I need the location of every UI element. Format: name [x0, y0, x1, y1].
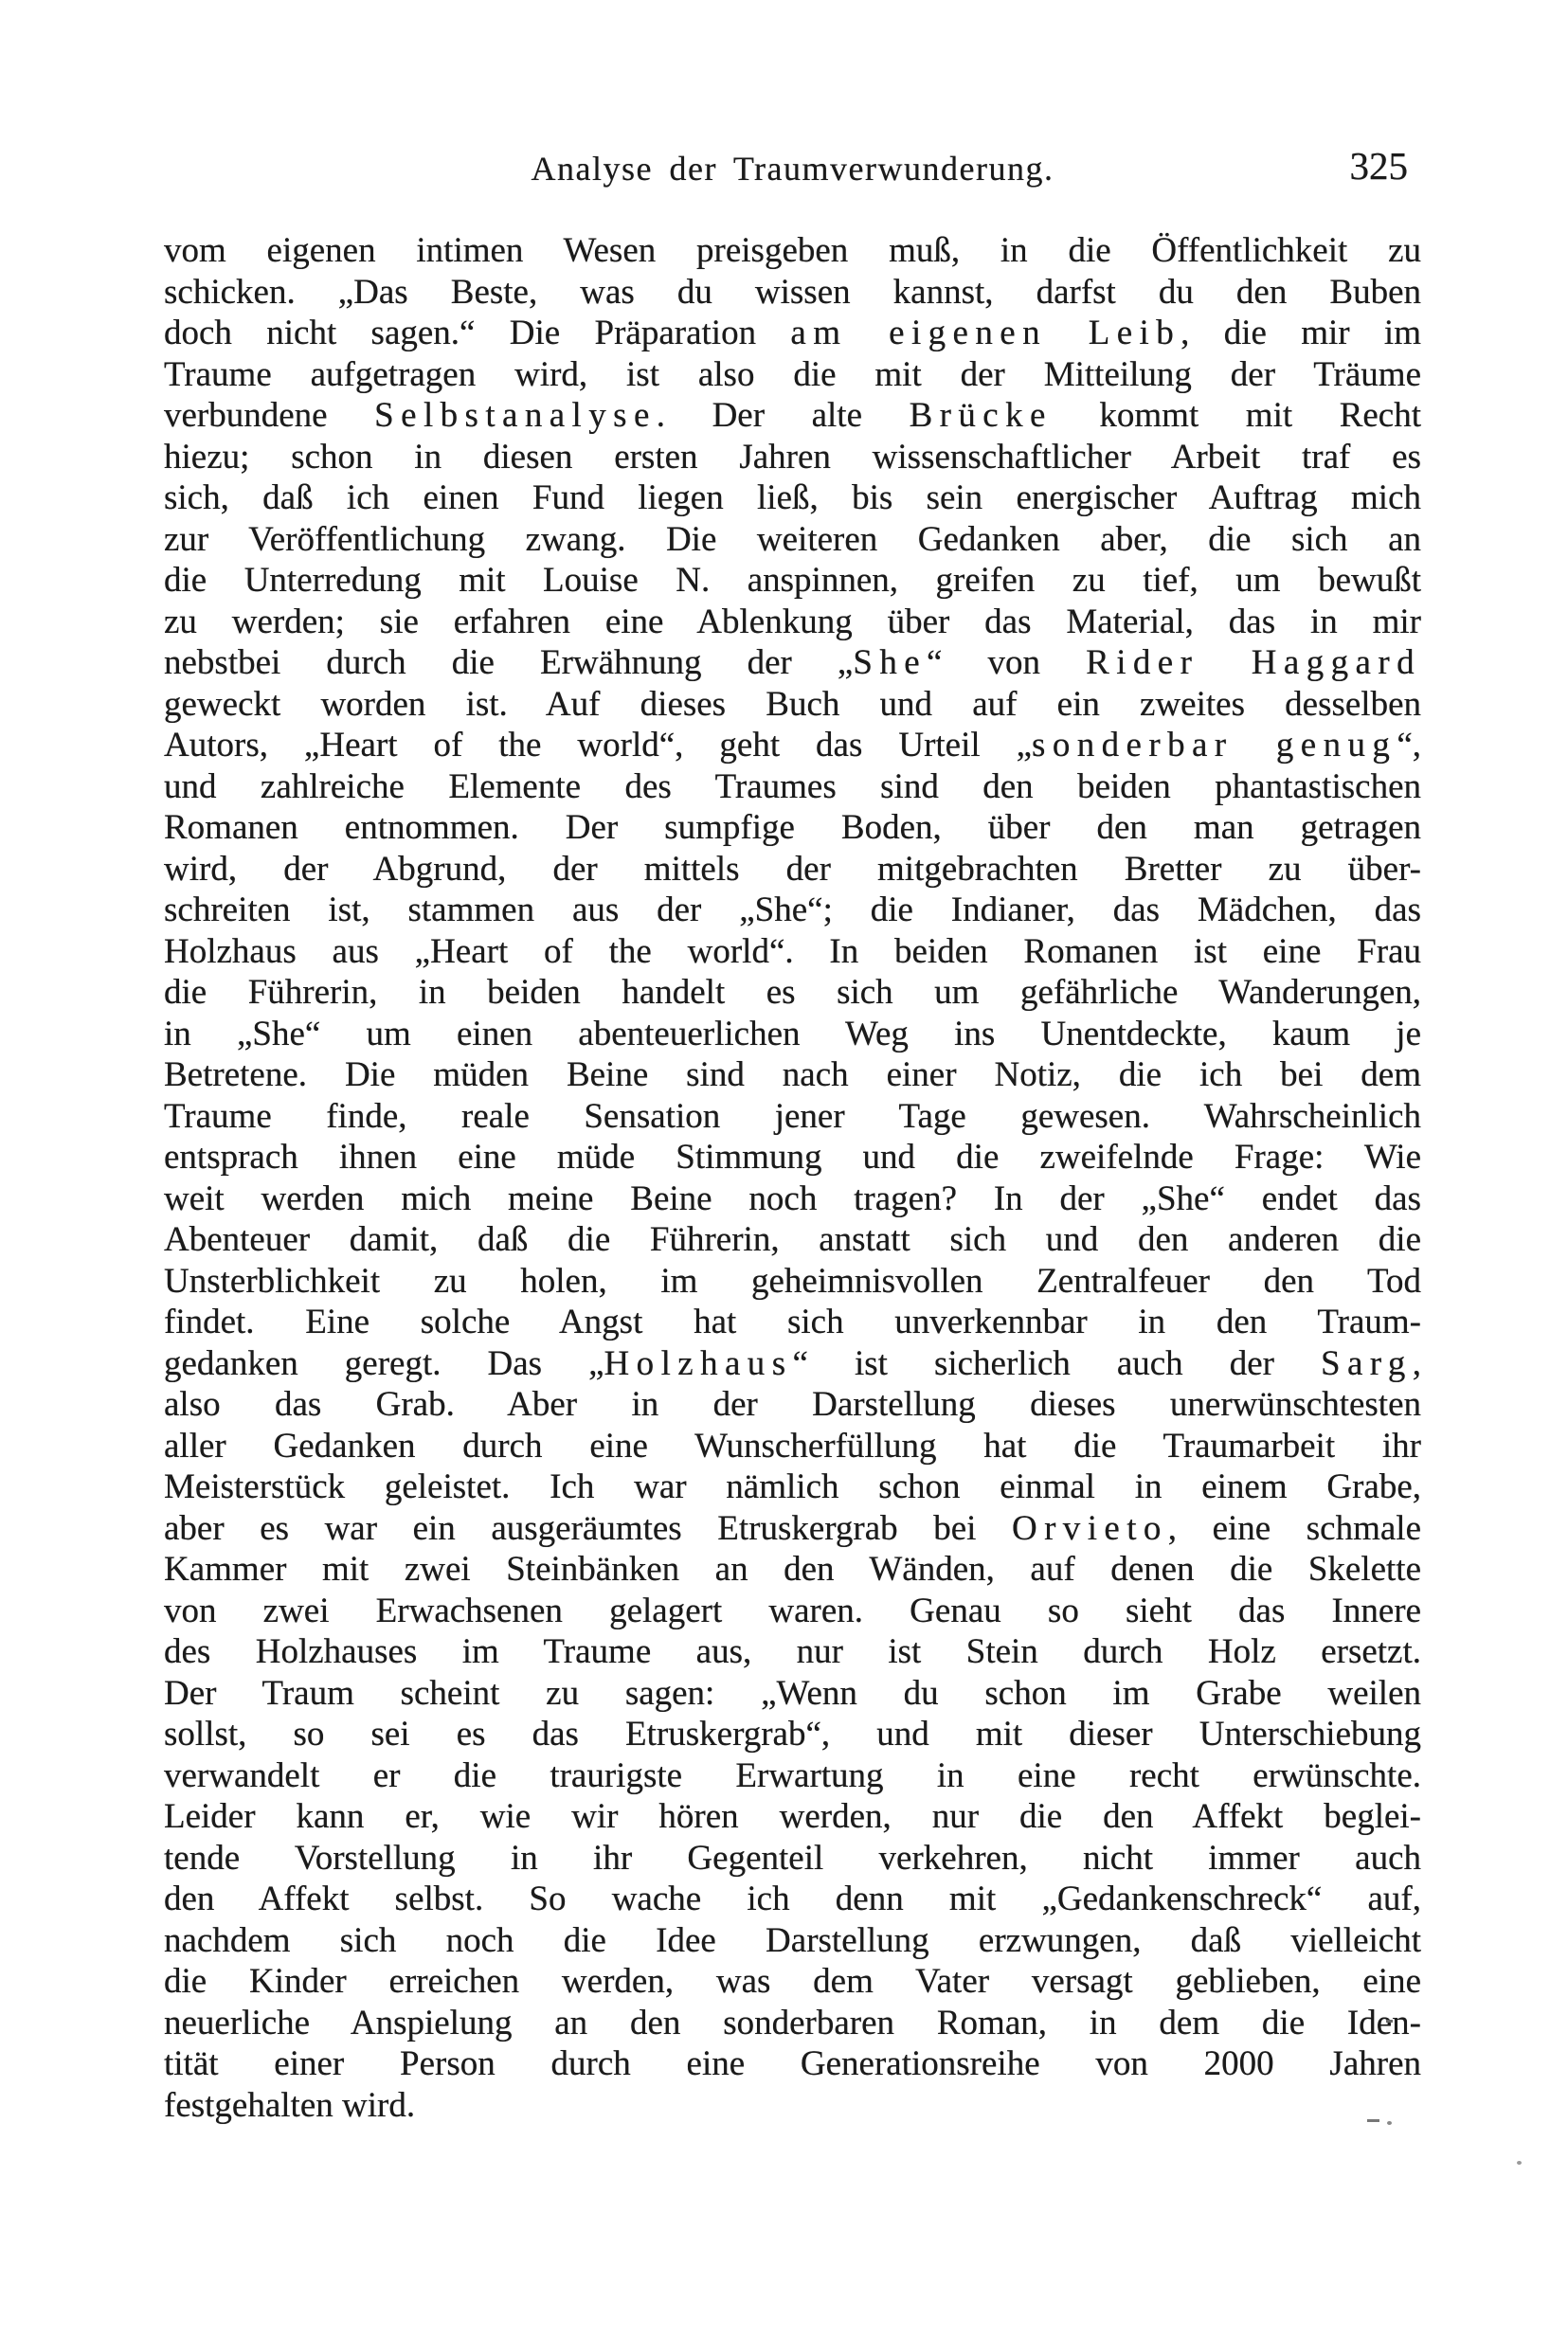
body-text: geweckt worden ist. Auf dieses Buch und …	[164, 685, 1421, 724]
body-text: Der Traum scheint zu sagen: „Wenn du sch…	[164, 1674, 1421, 1713]
body-text: wird, der Abgrund, der mittels der mitge…	[164, 850, 1421, 889]
page-text: vom eigenen intimen Wesen preisgeben muß…	[164, 230, 1421, 2126]
body-text: schreiten ist, stammen aus der „She“; di…	[164, 891, 1421, 929]
body-text: schicken. „Das Beste, was du wissen kann…	[164, 273, 1421, 312]
text-line: nachdem sich noch die Idee Darstellung e…	[164, 1920, 1421, 1962]
body-text: “ ist sicherlich auch der	[793, 1344, 1321, 1383]
text-line: sollst, so sei es das Etruskergrab“, und…	[164, 1714, 1421, 1755]
page-number: 325	[1350, 143, 1409, 189]
text-line: schicken. „Das Beste, was du wissen kann…	[164, 272, 1421, 314]
running-head-title: Analyse der Traumverwunderung.	[164, 146, 1421, 191]
body-text: sollst, so sei es das Etruskergrab“, und…	[164, 1715, 1421, 1754]
emphasized-text: Rider Haggard	[1086, 643, 1421, 682]
text-line: hiezu; schon in diesen ersten Jahren wis…	[164, 437, 1421, 478]
text-line: geweckt worden ist. Auf dieses Buch und …	[164, 684, 1421, 726]
text-line: die Kinder erreichen werden, was dem Vat…	[164, 1961, 1421, 2003]
book-page: Analyse der Traumverwunderung. 325 vom e…	[0, 0, 1568, 2339]
body-text: “,	[1397, 726, 1421, 765]
body-text: vom eigenen intimen Wesen preisgeben muß…	[164, 231, 1421, 270]
text-line: Traume finde, reale Sensation jener Tage…	[164, 1096, 1421, 1138]
body-text: und zahlreiche Elemente des Traumes sind…	[164, 767, 1421, 806]
body-text: ,	[1413, 1344, 1421, 1383]
body-text: des Holzhauses im Traume aus, nur ist St…	[164, 1632, 1421, 1671]
text-line: die Führerin, in beiden handelt es sich …	[164, 972, 1421, 1014]
text-line: schreiten ist, stammen aus der „She“; di…	[164, 890, 1421, 931]
body-text: Abenteuer damit, daß die Führerin, ansta…	[164, 1220, 1421, 1259]
body-text: “ von	[927, 643, 1086, 682]
text-line: entsprach ihnen eine müde Stimmung und d…	[164, 1137, 1421, 1178]
body-text: zu werden; sie erfahren eine Ablenkung ü…	[164, 603, 1421, 641]
text-line: tende Vorstellung in ihr Gegenteil verke…	[164, 1838, 1421, 1880]
body-text: . Der alte	[657, 396, 910, 435]
emphasized-text: Brücke	[910, 396, 1053, 435]
text-line: in „She“ um einen abenteuerlichen Weg in…	[164, 1014, 1421, 1055]
body-text: die Unterredung mit Louise N. anspinnen,…	[164, 561, 1421, 600]
text-line: und zahlreiche Elemente des Traumes sind…	[164, 766, 1421, 808]
text-line: sich, daß ich einen Fund liegen ließ, bi…	[164, 477, 1421, 519]
text-line: vom eigenen intimen Wesen preisgeben muß…	[164, 230, 1421, 272]
body-text: verbundene	[164, 396, 374, 435]
emphasized-text: am eigenen Leib	[790, 314, 1181, 352]
body-text: , die mir im	[1181, 314, 1421, 352]
text-line: gedanken geregt. Das „Holzhaus“ ist sich…	[164, 1343, 1421, 1385]
text-line: verbundene Selbstanalyse. Der alte Brück…	[164, 395, 1421, 437]
text-line: des Holzhauses im Traume aus, nur ist St…	[164, 1631, 1421, 1673]
body-text: in „She“ um einen abenteuerlichen Weg in…	[164, 1015, 1421, 1053]
text-line: Holzhaus aus „Heart of the world“. In be…	[164, 931, 1421, 973]
body-text: Kammer mit zwei Steinbänken an den Wände…	[164, 1550, 1421, 1589]
body-text: also das Grab. Aber in der Darstellung d…	[164, 1385, 1421, 1424]
text-line: Romanen entnommen. Der sumpfige Boden, ü…	[164, 807, 1421, 849]
text-line: Kammer mit zwei Steinbänken an den Wände…	[164, 1549, 1421, 1591]
body-text: Leider kann er, wie wir hören werden, nu…	[164, 1797, 1421, 1836]
text-line: Autors, „Heart of the world“, geht das U…	[164, 725, 1421, 766]
body-text: Romanen entnommen. Der sumpfige Boden, ü…	[164, 808, 1421, 847]
body-text: festgehalten wird.	[164, 2086, 415, 2125]
body-text: sich, daß ich einen Fund liegen ließ, bi…	[164, 478, 1421, 517]
body-text: zur Veröffentlichung zwang. Die weiteren…	[164, 520, 1421, 559]
body-text: nachdem sich noch die Idee Darstellung e…	[164, 1921, 1421, 1960]
body-text: tende Vorstellung in ihr Gegenteil verke…	[164, 1839, 1421, 1878]
body-text: Traume aufgetragen wird, ist also die mi…	[164, 355, 1421, 394]
body-text: die Kinder erreichen werden, was dem Vat…	[164, 1962, 1421, 2001]
body-text: findet. Eine solche Angst hat sich unver…	[164, 1303, 1421, 1341]
text-line: festgehalten wird.	[164, 2085, 1421, 2127]
text-line: doch nicht sagen.“ Die Präparation am ei…	[164, 313, 1421, 354]
emphasized-text: She	[853, 643, 927, 682]
emphasized-text: Selbstanalyse	[374, 396, 657, 435]
body-text: aber es war ein ausgeräumtes Etruskergra…	[164, 1509, 1012, 1548]
body-text: Holzhaus aus „Heart of the world“. In be…	[164, 932, 1421, 971]
body-text: aller Gedanken durch eine Wunscherfüllun…	[164, 1427, 1421, 1466]
text-line: von zwei Erwachsenen gelagert waren. Gen…	[164, 1591, 1421, 1632]
scan-noise-speck	[1517, 2161, 1522, 2165]
body-text: nebstbei durch die Erwähnung der „	[164, 643, 853, 682]
text-line: Der Traum scheint zu sagen: „Wenn du sch…	[164, 1673, 1421, 1715]
text-line: Leider kann er, wie wir hören werden, nu…	[164, 1796, 1421, 1838]
text-line: nebstbei durch die Erwähnung der „She“ v…	[164, 642, 1421, 684]
body-text: verwandelt er die traurigste Erwartung i…	[164, 1756, 1421, 1795]
text-line: aller Gedanken durch eine Wunscherfüllun…	[164, 1426, 1421, 1467]
body-text: weit werden mich meine Beine noch tragen…	[164, 1179, 1421, 1218]
emphasized-text: Holzhaus	[604, 1344, 793, 1383]
body-text: den Affekt selbst. So wache ich denn mit…	[164, 1880, 1421, 1918]
body-text: hiezu; schon in diesen ersten Jahren wis…	[164, 438, 1421, 477]
text-line: neuerliche Anspielung an den sonderbaren…	[164, 2003, 1421, 2044]
text-line: Meisterstück geleistet. Ich war nämlich …	[164, 1466, 1421, 1508]
text-line: die Unterredung mit Louise N. anspinnen,…	[164, 560, 1421, 602]
body-text: neuerliche Anspielung an den sonderbaren…	[164, 2004, 1421, 2042]
body-text: gedanken geregt. Das „	[164, 1344, 604, 1383]
text-line: wird, der Abgrund, der mittels der mitge…	[164, 849, 1421, 891]
emphasized-text: Sarg	[1321, 1344, 1413, 1383]
body-text: Meisterstück geleistet. Ich war nämlich …	[164, 1467, 1421, 1506]
text-line: findet. Eine solche Angst hat sich unver…	[164, 1302, 1421, 1343]
emphasized-text: sonderbar genug	[1032, 726, 1397, 765]
text-line: Betretene. Die müden Beine sind nach ein…	[164, 1054, 1421, 1096]
scan-noise-speck	[1387, 2121, 1392, 2125]
text-line: zur Veröffentlichung zwang. Die weiteren…	[164, 519, 1421, 561]
text-line: weit werden mich meine Beine noch tragen…	[164, 1178, 1421, 1220]
text-line: Unsterblichkeit zu holen, im geheimnisvo…	[164, 1261, 1421, 1303]
text-line: tität einer Person durch eine Generation…	[164, 2043, 1421, 2085]
body-text: von zwei Erwachsenen gelagert waren. Gen…	[164, 1592, 1421, 1630]
body-text: Traume finde, reale Sensation jener Tage…	[164, 1097, 1421, 1136]
body-text: Betretene. Die müden Beine sind nach ein…	[164, 1055, 1421, 1094]
text-line: aber es war ein ausgeräumtes Etruskergra…	[164, 1508, 1421, 1550]
body-text: Unsterblichkeit zu holen, im geheimnisvo…	[164, 1262, 1421, 1301]
text-line: Traume aufgetragen wird, ist also die mi…	[164, 354, 1421, 396]
body-text: entsprach ihnen eine müde Stimmung und d…	[164, 1138, 1421, 1177]
scan-noise-speck	[1367, 2119, 1379, 2122]
scan-noise-speck	[1386, 2020, 1393, 2023]
text-line: Abenteuer damit, daß die Führerin, ansta…	[164, 1219, 1421, 1261]
text-line: also das Grab. Aber in der Darstellung d…	[164, 1384, 1421, 1426]
body-text: Autors, „Heart of the world“, geht das U…	[164, 726, 1032, 765]
emphasized-text: Orvieto	[1012, 1509, 1168, 1548]
running-head: Analyse der Traumverwunderung. 325	[164, 146, 1421, 193]
body-text: , eine schmale	[1168, 1509, 1421, 1548]
text-line: zu werden; sie erfahren eine Ablenkung ü…	[164, 602, 1421, 643]
body-text: die Führerin, in beiden handelt es sich …	[164, 973, 1421, 1012]
text-line: den Affekt selbst. So wache ich denn mit…	[164, 1879, 1421, 1920]
body-text: doch nicht sagen.“ Die Präparation	[164, 314, 790, 352]
body-text: tität einer Person durch eine Generation…	[164, 2044, 1421, 2083]
body-text: kommt mit Recht	[1053, 396, 1421, 435]
text-line: verwandelt er die traurigste Erwartung i…	[164, 1755, 1421, 1797]
